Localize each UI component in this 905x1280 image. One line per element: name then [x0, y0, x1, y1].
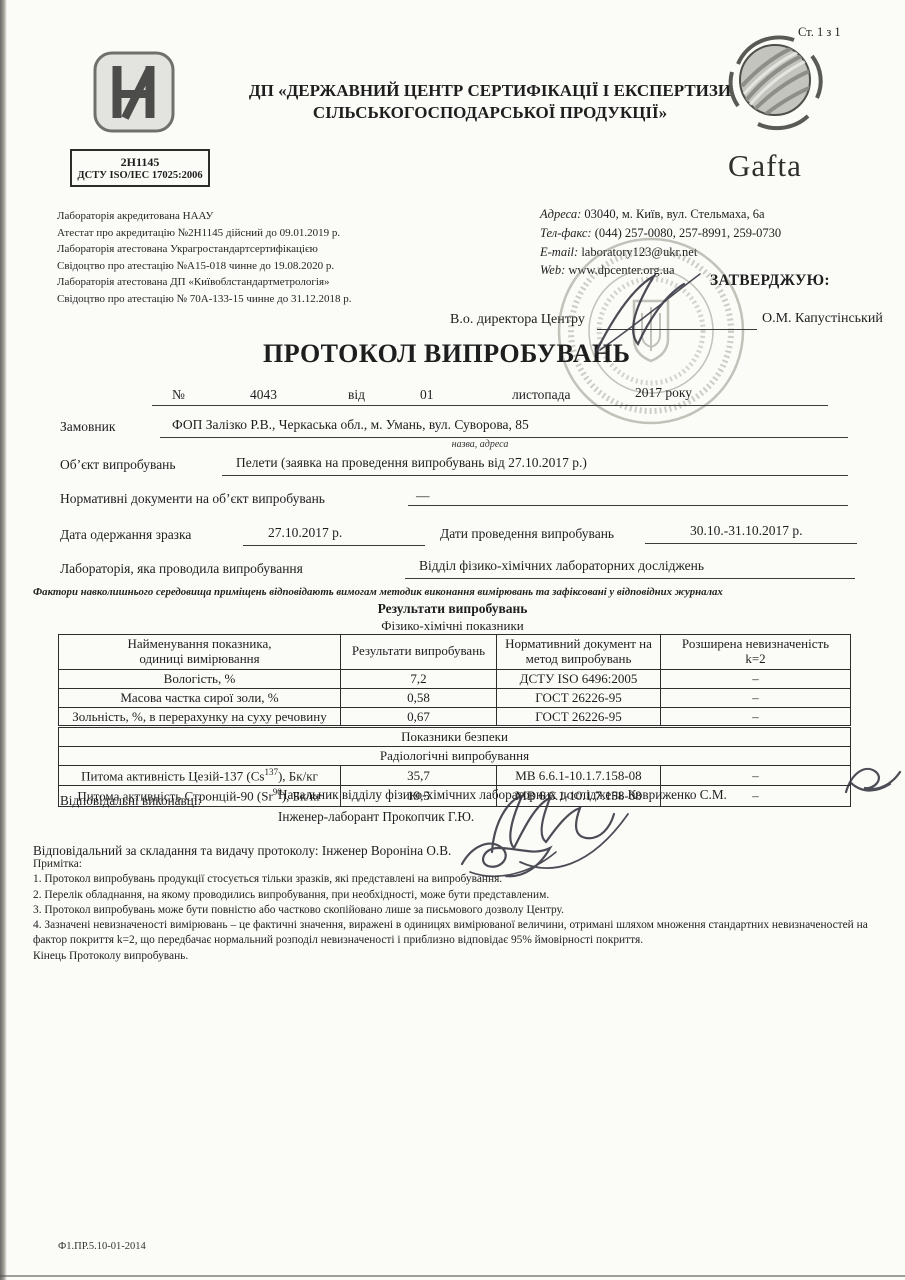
accreditation-line: Лабораторія атестована Украгростандартсе… [57, 241, 352, 258]
table-row: Питома активність Цезій-137 (Cs137), Бк/… [59, 766, 851, 786]
org-title: ДП «ДЕРЖАВНИЙ ЦЕНТР СЕРТИФІКАЦІЇ І ЕКСПЕ… [240, 80, 740, 124]
cell-indicator: Масова частка сирої золи, % [59, 688, 341, 707]
note-item: 2. Перелік обладнання, на якому проводил… [33, 888, 891, 903]
protocol-number: 4043 [250, 387, 277, 403]
protocol-year: 2017 року [635, 385, 692, 401]
cell-result: 7,2 [341, 669, 497, 688]
cell-uncertainty: – [661, 707, 851, 727]
protocol-title: ПРОТОКОЛ ВИПРОБУВАНЬ [263, 339, 630, 369]
normative-value: — [416, 488, 430, 503]
cell-result: 0,58 [341, 688, 497, 707]
object-line: Пелети (заявка на проведення випробувань… [222, 454, 848, 476]
test-dates-value: 30.10.-31.10.2017 р. [690, 523, 803, 538]
address-label: Адреса: [540, 207, 581, 221]
accreditation-line: Свідоцтво про атестацію №А15-018 чинне д… [57, 258, 352, 275]
cell-uncertainty: – [661, 688, 851, 707]
gafta-wordmark: Gafta [728, 148, 802, 184]
protocol-no-label: № [172, 387, 185, 403]
object-label: Об’єкт випробувань [60, 457, 176, 473]
approve-title: ЗАТВЕРДЖУЮ: [710, 272, 830, 290]
accreditation-line: Свідоцтво про атестацію № 70А-133-15 чин… [57, 291, 352, 308]
test-dates-label: Дати проведення випробувань [440, 526, 614, 542]
safety-section-title: Показники безпеки [59, 727, 851, 747]
table-row: Масова частка сирої золи, % 0,58 ГОСТ 26… [59, 688, 851, 707]
notes-block: Примітка: 1. Протокол випробувань продук… [33, 857, 891, 964]
cell-uncertainty: – [661, 669, 851, 688]
radiology-section-title: Радіологічні випробування [59, 747, 851, 766]
accreditation-badge: 2Н1145 ДСТУ ISO/IEC 17025:2006 [70, 149, 210, 187]
table-header-row: Найменування показника,одиниці вимірюван… [59, 635, 851, 670]
document-page: Ст. 1 з 1 2Н1145 ДСТУ ISO/IEC 17025:2006… [0, 0, 905, 1280]
lab-label: Лабораторія, яка проводила випробування [60, 561, 303, 577]
note-item: 1. Протокол випробувань продукції стосує… [33, 872, 891, 887]
note-item: 4. Зазначені невизначеності вимірювань –… [33, 918, 891, 949]
note-item: 3. Протокол випробувань може бути повніс… [33, 903, 891, 918]
customer-value: ФОП Залізко Р.В., Черкаська обл., м. Ума… [172, 417, 529, 432]
header-doc: Нормативний документ наметод випробувань [497, 635, 661, 670]
lab-line: Відділ фізико-хімічних лабораторних досл… [405, 557, 855, 579]
accreditation-lines: Лабораторія акредитована НААУ Атестат пр… [57, 208, 352, 307]
accreditation-line: Лабораторія атестована ДП «Київоблстанда… [57, 274, 352, 291]
table-row: Зольність, %, в перерахунку на суху речо… [59, 707, 851, 727]
accreditation-line: Лабораторія акредитована НААУ [57, 208, 352, 225]
sample-date-line: 27.10.2017 р. [243, 524, 425, 546]
signer-line-2: Інженер-лаборант Прокопчик Г.Ю. [278, 806, 474, 827]
cell-result: 0,67 [341, 707, 497, 727]
lab-value: Відділ фізико-хімічних лабораторних досл… [419, 558, 704, 573]
cell-doc: МВ 6.6.1-10.1.7.158-08 [497, 766, 661, 786]
director-name: О.М. Капустінський [762, 311, 883, 327]
cell-indicator: Вологість, % [59, 669, 341, 688]
cell-doc: ГОСТ 26226-95 [497, 688, 661, 707]
table-row: Вологість, % 7,2 ДСТУ ISO 6496:2005 – [59, 669, 851, 688]
notes-title: Примітка: [33, 857, 891, 872]
normative-line: — [408, 487, 848, 506]
accreditation-line: Атестат про акредитацію №2Н1145 дійсний … [57, 225, 352, 242]
customer-label: Замовник [60, 419, 115, 435]
test-dates-line: 30.10.-31.10.2017 р. [645, 522, 857, 544]
customer-hint: назва, адреса [380, 439, 580, 450]
normative-label: Нормативні документи на об’єкт випробува… [60, 491, 325, 507]
scan-edge-bottom [0, 1275, 905, 1277]
cell-indicator: Питома активність Цезій-137 (Cs137), Бк/… [59, 766, 341, 786]
signer-line-1: Начальник відділу фізико-хімічних лабора… [278, 784, 858, 805]
table-section-row: Радіологічні випробування [59, 747, 851, 766]
object-value: Пелети (заявка на проведення випробувань… [236, 455, 587, 470]
director-signature-line [597, 311, 757, 330]
cell-indicator: Зольність, %, в перерахунку на суху речо… [59, 707, 341, 727]
address-value: 03040, м. Київ, вул. Стельмаха, 6а [584, 207, 764, 221]
customer-line: ФОП Залізко Р.В., Черкаська обл., м. Ума… [160, 416, 848, 438]
notes-end-line: Кінець Протоколу випробувань. [33, 949, 891, 964]
protocol-vid-label: від [348, 387, 365, 403]
results-title: Результати випробувань [0, 601, 905, 617]
header-indicator: Найменування показника,одиниці вимірюван… [59, 635, 341, 670]
badge-standard: ДСТУ ISO/IEC 17025:2006 [74, 170, 206, 181]
table-section-row: Показники безпеки [59, 727, 851, 747]
cell-uncertainty: – [661, 766, 851, 786]
director-label: В.о. директора Центру [450, 312, 585, 328]
header-result: Результати випробувань [341, 635, 497, 670]
cell-doc: ДСТУ ISO 6496:2005 [497, 669, 661, 688]
header-uncertainty: Розширена невизначеністьk=2 [661, 635, 851, 670]
environment-note: Фактори навколишнього середовища приміще… [33, 586, 893, 598]
signers-label: Відповідальні виконавці: [60, 790, 201, 811]
protocol-month: листопада [512, 387, 571, 403]
sample-date-label: Дата одержання зразка [60, 527, 191, 543]
results-table: Найменування показника,одиниці вимірюван… [58, 634, 851, 807]
cell-doc: ГОСТ 26226-95 [497, 707, 661, 727]
cell-result: 35,7 [341, 766, 497, 786]
scan-edge-left [0, 0, 7, 1280]
results-subtitle: Фізико-хімічні показники [0, 618, 905, 634]
naau-logo-icon [92, 50, 176, 134]
badge-number: 2Н1145 [74, 155, 206, 170]
footer-form-code: Ф1.ПР.5.10-01-2014 [58, 1241, 146, 1252]
gafta-emblem-icon [722, 28, 828, 134]
protocol-day: 01 [420, 387, 434, 403]
sample-date-value: 27.10.2017 р. [268, 525, 342, 540]
